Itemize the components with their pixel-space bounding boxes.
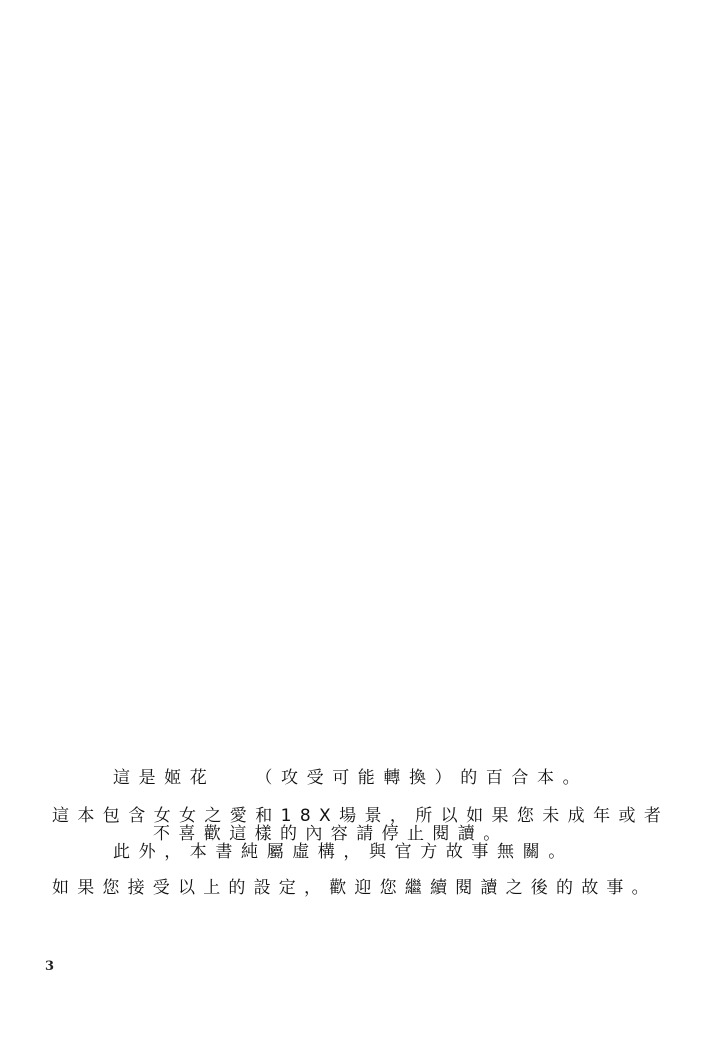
disclaimer-line-fiction-notice: 此外，本書純屬虛構，與官方故事無關。 [113, 843, 574, 861]
page-number: 3 [45, 959, 54, 974]
disclaimer-line-welcome: 如果您接受以上的設定，歡迎您繼續閱讀之後的故事。 [52, 879, 657, 897]
book-page: 這是姬花（攻受可能轉換）的百合本。 這本包含女女之愛和18X場景，所以如果您未成… [0, 0, 709, 1050]
disclaimer-line-stop-reading: 不喜歡這樣的內容請停止閱讀。 [153, 825, 509, 843]
pairing-name: 這是姬花 [113, 768, 215, 788]
disclaimer-line-content-warning: 這本包含女女之愛和18X場景，所以如果您未成年或者 [52, 807, 669, 825]
disclaimer-line-pairing: 這是姬花（攻受可能轉換）的百合本。 [113, 769, 588, 787]
pairing-description: （攻受可能轉換）的百合本。 [255, 768, 588, 788]
